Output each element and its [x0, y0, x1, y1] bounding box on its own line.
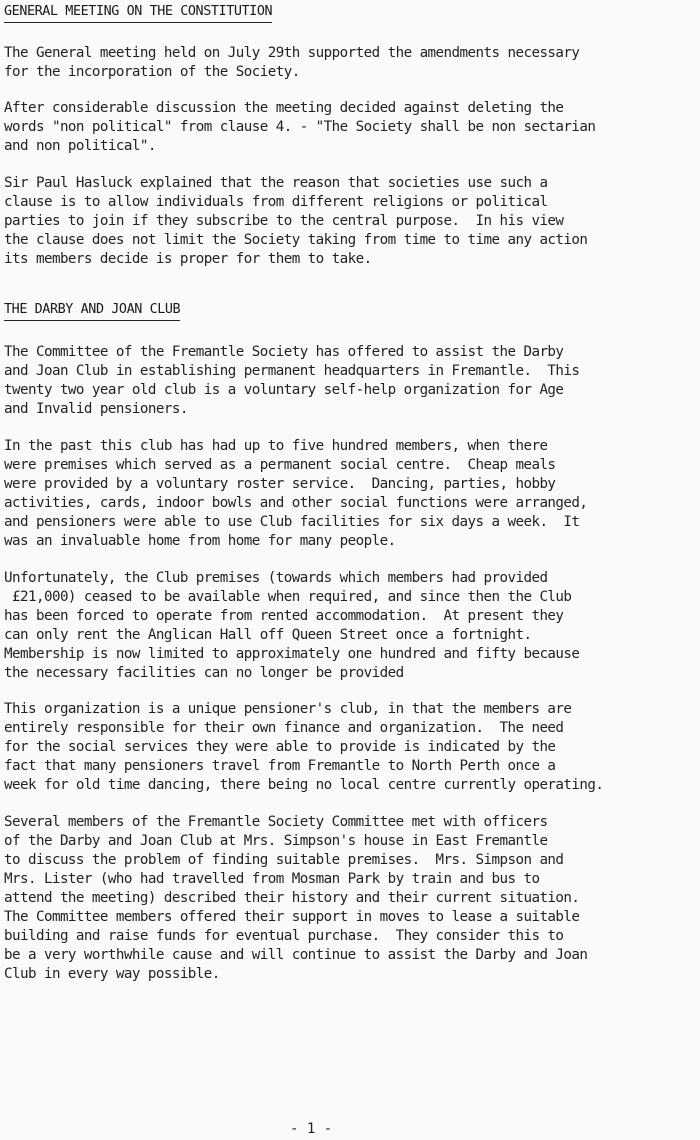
- paragraph-line: and non political".: [4, 137, 156, 156]
- paragraph-line: Mrs. Lister (who had travelled from Mosm…: [4, 870, 539, 889]
- paragraph-line: to discuss the problem of finding suitab…: [4, 851, 563, 870]
- paragraph-line: were provided by a voluntary roster serv…: [4, 475, 555, 494]
- paragraph-line: of the Darby and Joan Club at Mrs. Simps…: [4, 832, 547, 851]
- paragraph-line: be a very worthwhile cause and will cont…: [4, 946, 587, 965]
- paragraph-line: has been forced to operate from rented a…: [4, 607, 563, 626]
- paragraph-line: words "non political" from clause 4. - "…: [4, 118, 595, 137]
- paragraph-line: fact that many pensioners travel from Fr…: [4, 757, 555, 776]
- paragraph-line: clause is to allow individuals from diff…: [4, 193, 547, 212]
- paragraph-line: was an invaluable home from home for man…: [4, 532, 396, 551]
- paragraph-line: After considerable discussion the meetin…: [4, 99, 563, 118]
- paragraph-line: Club in every way possible.: [4, 965, 220, 984]
- paragraph-line: and Joan Club in establishing permanent …: [4, 362, 579, 381]
- paragraph-line: entirely responsible for their own finan…: [4, 719, 563, 738]
- paragraph-line: its members decide is proper for them to…: [4, 250, 372, 269]
- paragraph-line: In the past this club has had up to five…: [4, 437, 547, 456]
- paragraph-line: parties to join if they subscribe to the…: [4, 212, 563, 231]
- paragraph-line: twenty two year old club is a voluntary …: [4, 381, 563, 400]
- paragraph-line: the necessary facilities can no longer b…: [4, 664, 404, 683]
- paragraph-line: can only rent the Anglican Hall off Quee…: [4, 626, 531, 645]
- paragraph-line: The Committee of the Fremantle Society h…: [4, 343, 563, 362]
- page-number: - 1 -: [290, 1120, 332, 1138]
- paragraph-line: week for old time dancing, there being n…: [4, 776, 603, 795]
- paragraph-line: £21,000) ceased to be available when req…: [4, 588, 571, 607]
- paragraph-line: Unfortunately, the Club premises (toward…: [4, 569, 547, 588]
- section-heading-darby-joan: THE DARBY AND JOAN CLUB: [4, 301, 180, 321]
- paragraph-line: the clause does not limit the Society ta…: [4, 231, 587, 250]
- paragraph-line: This organization is a unique pensioner'…: [4, 700, 571, 719]
- paragraph-line: The General meeting held on July 29th su…: [4, 44, 579, 63]
- paragraph-line: Sir Paul Hasluck explained that the reas…: [4, 174, 547, 193]
- paragraph-line: Membership is now limited to approximate…: [4, 645, 579, 664]
- paragraph-line: and pensioners were able to use Club fac…: [4, 513, 579, 532]
- paragraph-line: Several members of the Fremantle Society…: [4, 813, 547, 832]
- paragraph-line: building and raise funds for eventual pu…: [4, 927, 563, 946]
- paragraph-line: were premises which served as a permanen…: [4, 456, 555, 475]
- document-page: GENERAL MEETING ON THE CONSTITUTION The …: [0, 0, 700, 1140]
- section-heading-constitution: GENERAL MEETING ON THE CONSTITUTION: [4, 3, 272, 23]
- paragraph-line: and Invalid pensioners.: [4, 400, 188, 419]
- paragraph-line: attend the meeting) described their hist…: [4, 889, 579, 908]
- paragraph-line: The Committee members offered their supp…: [4, 908, 579, 927]
- paragraph-line: for the incorporation of the Society.: [4, 63, 300, 82]
- paragraph-line: activities, cards, indoor bowls and othe…: [4, 494, 587, 513]
- paragraph-line: for the social services they were able t…: [4, 738, 555, 757]
